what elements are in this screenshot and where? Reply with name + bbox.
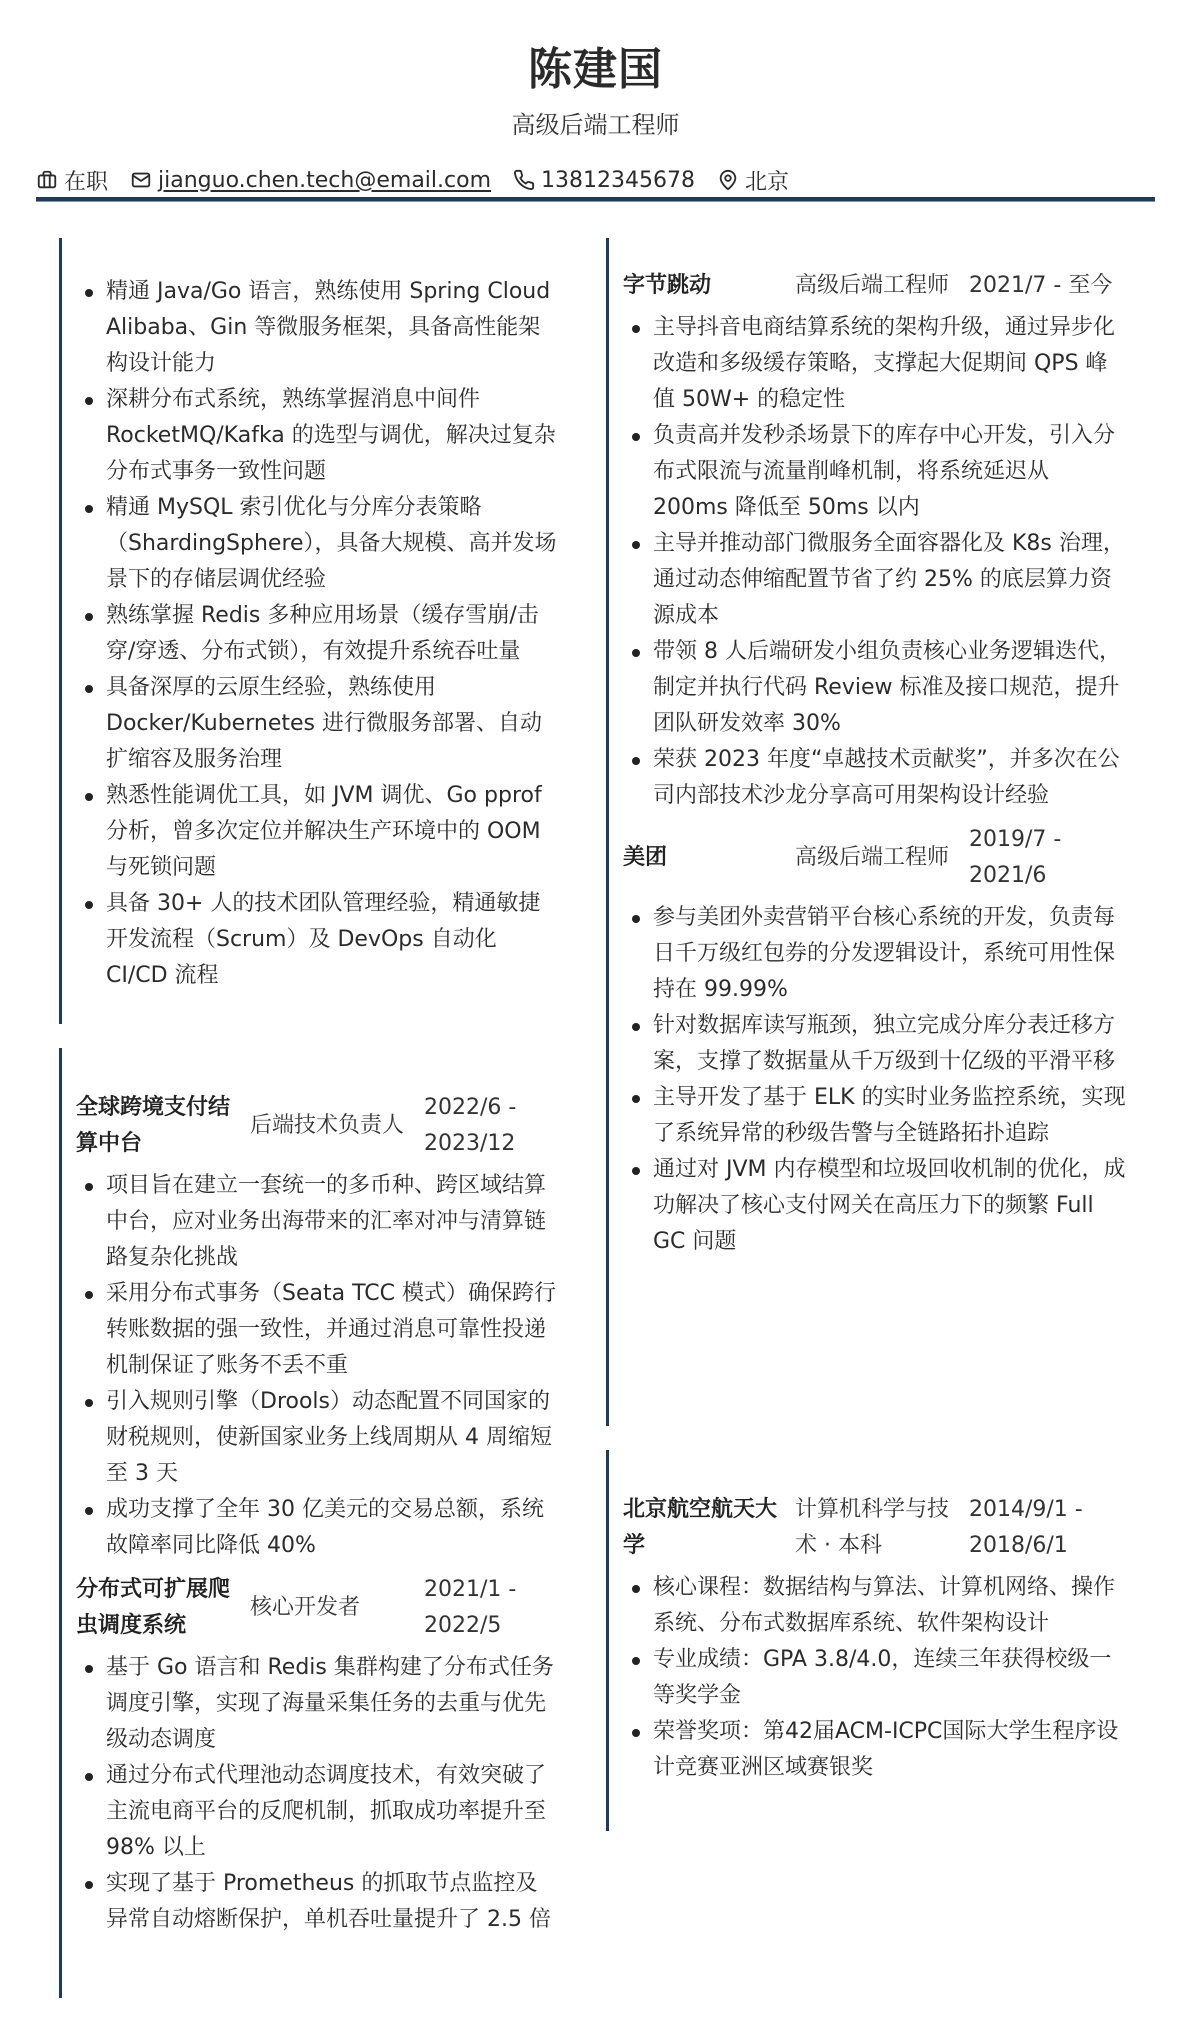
- contact-email: jianguo.chen.tech@email.com: [130, 168, 491, 193]
- location-text: 北京: [745, 165, 789, 196]
- education-bullet: 荣誉奖项：第42届ACM-ICPC国际大学生程序设计竞赛亚洲区域赛银奖: [623, 1714, 1126, 1786]
- work-bullet: 主导抖音电商结算系统的架构升级，通过异步化改造和多级缓存策略，支撑起大促期间 Q…: [623, 310, 1126, 418]
- project-bullet: 采用分布式事务（Seata TCC 模式）确保跨行转账数据的强一致性，并通过消息…: [76, 1276, 559, 1384]
- education-entry: 北京航空航天大学 计算机科学与技术 · 本科 2014/9/1 - 2018/6…: [623, 1492, 1126, 1786]
- education-bullet: 核心课程：数据结构与算法、计算机网络、操作系统、分布式数据库系统、软件架构设计: [623, 1570, 1126, 1642]
- project-bullets: 基于 Go 语言和 Redis 集群构建了分布式任务调度引擎，实现了海量采集任务…: [76, 1650, 559, 1938]
- mail-icon: [130, 169, 152, 191]
- project-role: 核心开发者: [250, 1590, 424, 1626]
- work-header: 美团 高级后端工程师 2019/7 - 2021/6: [623, 822, 1126, 894]
- project-name: 分布式可扩展爬虫调度系统: [76, 1572, 250, 1644]
- project-header: 分布式可扩展爬虫调度系统 核心开发者 2021/1 - 2022/5: [76, 1572, 559, 1644]
- work-entry: 字节跳动 高级后端工程师 2021/7 - 至今 主导抖音电商结算系统的架构升级…: [623, 268, 1126, 814]
- candidate-name: 陈建国: [0, 42, 1191, 98]
- project-bullet: 项目旨在建立一套统一的多币种、跨区域结算中台，应对业务出海带来的汇率对冲与清算链…: [76, 1168, 559, 1276]
- skills-list: 精通 Java/Go 语言，熟练使用 Spring Cloud Alibaba、…: [76, 274, 559, 994]
- education-bullets: 核心课程：数据结构与算法、计算机网络、操作系统、分布式数据库系统、软件架构设计 …: [623, 1570, 1126, 1786]
- project-date: 2021/1 - 2022/5: [424, 1572, 584, 1644]
- contact-status: 在职: [36, 165, 108, 196]
- education-header: 北京航空航天大学 计算机科学与技术 · 本科 2014/9/1 - 2018/6…: [623, 1492, 1126, 1564]
- job-date: 2021/7 - 至今: [969, 268, 1139, 304]
- skill-item: 精通 MySQL 索引优化与分库分表策略（ShardingSphere），具备大…: [76, 490, 559, 598]
- job-date: 2019/7 - 2021/6: [969, 822, 1139, 894]
- work-bullet: 参与美团外卖营销平台核心系统的开发，负责每日千万级红包券的分发逻辑设计，系统可用…: [623, 900, 1126, 1008]
- work-entry: 美团 高级后端工程师 2019/7 - 2021/6 参与美团外卖营销平台核心系…: [623, 822, 1126, 1260]
- location-pin-icon: [717, 169, 739, 191]
- skill-item: 具备 30+ 人的技术团队管理经验，精通敏捷开发流程（Scrum）及 DevOp…: [76, 886, 559, 994]
- work-bullets: 参与美团外卖营销平台核心系统的开发，负责每日千万级红包券的分发逻辑设计，系统可用…: [623, 900, 1126, 1260]
- contact-bar: 在职 jianguo.chen.tech@email.com 138123456…: [36, 164, 811, 196]
- project-bullet: 基于 Go 语言和 Redis 集群构建了分布式任务调度引擎，实现了海量采集任务…: [76, 1650, 559, 1758]
- project-bullets: 项目旨在建立一套统一的多币种、跨区域结算中台，应对业务出海带来的汇率对冲与清算链…: [76, 1168, 559, 1564]
- project-name: 全球跨境支付结算中台: [76, 1090, 250, 1162]
- skill-item: 熟悉性能调优工具，如 JVM 调优、Go pprof 分析，曾多次定位并解决生产…: [76, 778, 559, 886]
- work-bullet: 主导并推动部门微服务全面容器化及 K8s 治理，通过动态伸缩配置节省了约 25%…: [623, 526, 1126, 634]
- major: 计算机科学与技术 · 本科: [795, 1492, 969, 1564]
- phone-icon: [513, 169, 535, 191]
- work-bullet: 通过对 JVM 内存模型和垃圾回收机制的优化，成功解决了核心支付网关在高压力下的…: [623, 1152, 1126, 1260]
- status-text: 在职: [64, 165, 108, 196]
- phone-text: 13812345678: [541, 168, 695, 193]
- project-date: 2022/6 - 2023/12: [424, 1090, 584, 1162]
- job-role: 高级后端工程师: [795, 268, 969, 304]
- education-section: 北京航空航天大学 计算机科学与技术 · 本科 2014/9/1 - 2018/6…: [606, 1450, 1126, 1831]
- project-bullet: 引入规则引擎（Drools）动态配置不同国家的财税规则，使新国家业务上线周期从 …: [76, 1384, 559, 1492]
- work-section: 字节跳动 高级后端工程师 2021/7 - 至今 主导抖音电商结算系统的架构升级…: [606, 238, 1126, 1426]
- education-date: 2014/9/1 - 2018/6/1: [969, 1492, 1139, 1564]
- company-name: 美团: [623, 840, 795, 876]
- project-bullet: 成功支撑了全年 30 亿美元的交易总额，系统故障率同比降低 40%: [76, 1492, 559, 1564]
- work-bullets: 主导抖音电商结算系统的架构升级，通过异步化改造和多级缓存策略，支撑起大促期间 Q…: [623, 310, 1126, 814]
- project-header: 全球跨境支付结算中台 后端技术负责人 2022/6 - 2023/12: [76, 1090, 559, 1162]
- work-bullet: 负责高并发秒杀场景下的库存中心开发，引入分布式限流与流量削峰机制，将系统延迟从 …: [623, 418, 1126, 526]
- contact-phone: 13812345678: [513, 168, 695, 193]
- project-entry: 分布式可扩展爬虫调度系统 核心开发者 2021/1 - 2022/5 基于 Go…: [76, 1572, 559, 1938]
- skill-item: 具备深厚的云原生经验，熟练使用 Docker/Kubernetes 进行微服务部…: [76, 670, 559, 778]
- work-bullet: 针对数据库读写瓶颈，独立完成分库分表迁移方案，支撑了数据量从千万级到十亿级的平滑…: [623, 1008, 1126, 1080]
- contact-location: 北京: [717, 165, 789, 196]
- work-bullet: 荣获 2023 年度“卓越技术贡献奖”，并多次在公司内部技术沙龙分享高可用架构设…: [623, 742, 1126, 814]
- school-name: 北京航空航天大学: [623, 1492, 795, 1564]
- education-bullet: 专业成绩：GPA 3.8/4.0，连续三年获得校级一等奖学金: [623, 1642, 1126, 1714]
- project-bullet: 通过分布式代理池动态调度技术，有效突破了主流电商平台的反爬机制，抓取成功率提升至…: [76, 1758, 559, 1866]
- skills-section: 精通 Java/Go 语言，熟练使用 Spring Cloud Alibaba、…: [59, 238, 559, 1024]
- work-header: 字节跳动 高级后端工程师 2021/7 - 至今: [623, 268, 1126, 304]
- skill-item: 精通 Java/Go 语言，熟练使用 Spring Cloud Alibaba、…: [76, 274, 559, 382]
- project-entry: 全球跨境支付结算中台 后端技术负责人 2022/6 - 2023/12 项目旨在…: [76, 1090, 559, 1564]
- work-bullet: 主导开发了基于 ELK 的实时业务监控系统，实现了系统异常的秒级告警与全链路拓扑…: [623, 1080, 1126, 1152]
- work-bullet: 带领 8 人后端研发小组负责核心业务逻辑迭代，制定并执行代码 Review 标准…: [623, 634, 1126, 742]
- company-name: 字节跳动: [623, 268, 795, 304]
- header-divider: [36, 197, 1155, 202]
- candidate-title: 高级后端工程师: [0, 108, 1191, 142]
- project-role: 后端技术负责人: [250, 1108, 424, 1144]
- job-role: 高级后端工程师: [795, 840, 969, 876]
- project-bullet: 实现了基于 Prometheus 的抓取节点监控及异常自动熔断保护，单机吞吐量提…: [76, 1866, 559, 1938]
- skill-item: 深耕分布式系统，熟练掌握消息中间件 RocketMQ/Kafka 的选型与调优，…: [76, 382, 559, 490]
- skill-item: 熟练掌握 Redis 多种应用场景（缓存雪崩/击穿/穿透、分布式锁），有效提升系…: [76, 598, 559, 670]
- projects-section: 全球跨境支付结算中台 后端技术负责人 2022/6 - 2023/12 项目旨在…: [59, 1048, 559, 1998]
- briefcase-icon: [36, 169, 58, 191]
- email-link[interactable]: jianguo.chen.tech@email.com: [158, 168, 491, 193]
